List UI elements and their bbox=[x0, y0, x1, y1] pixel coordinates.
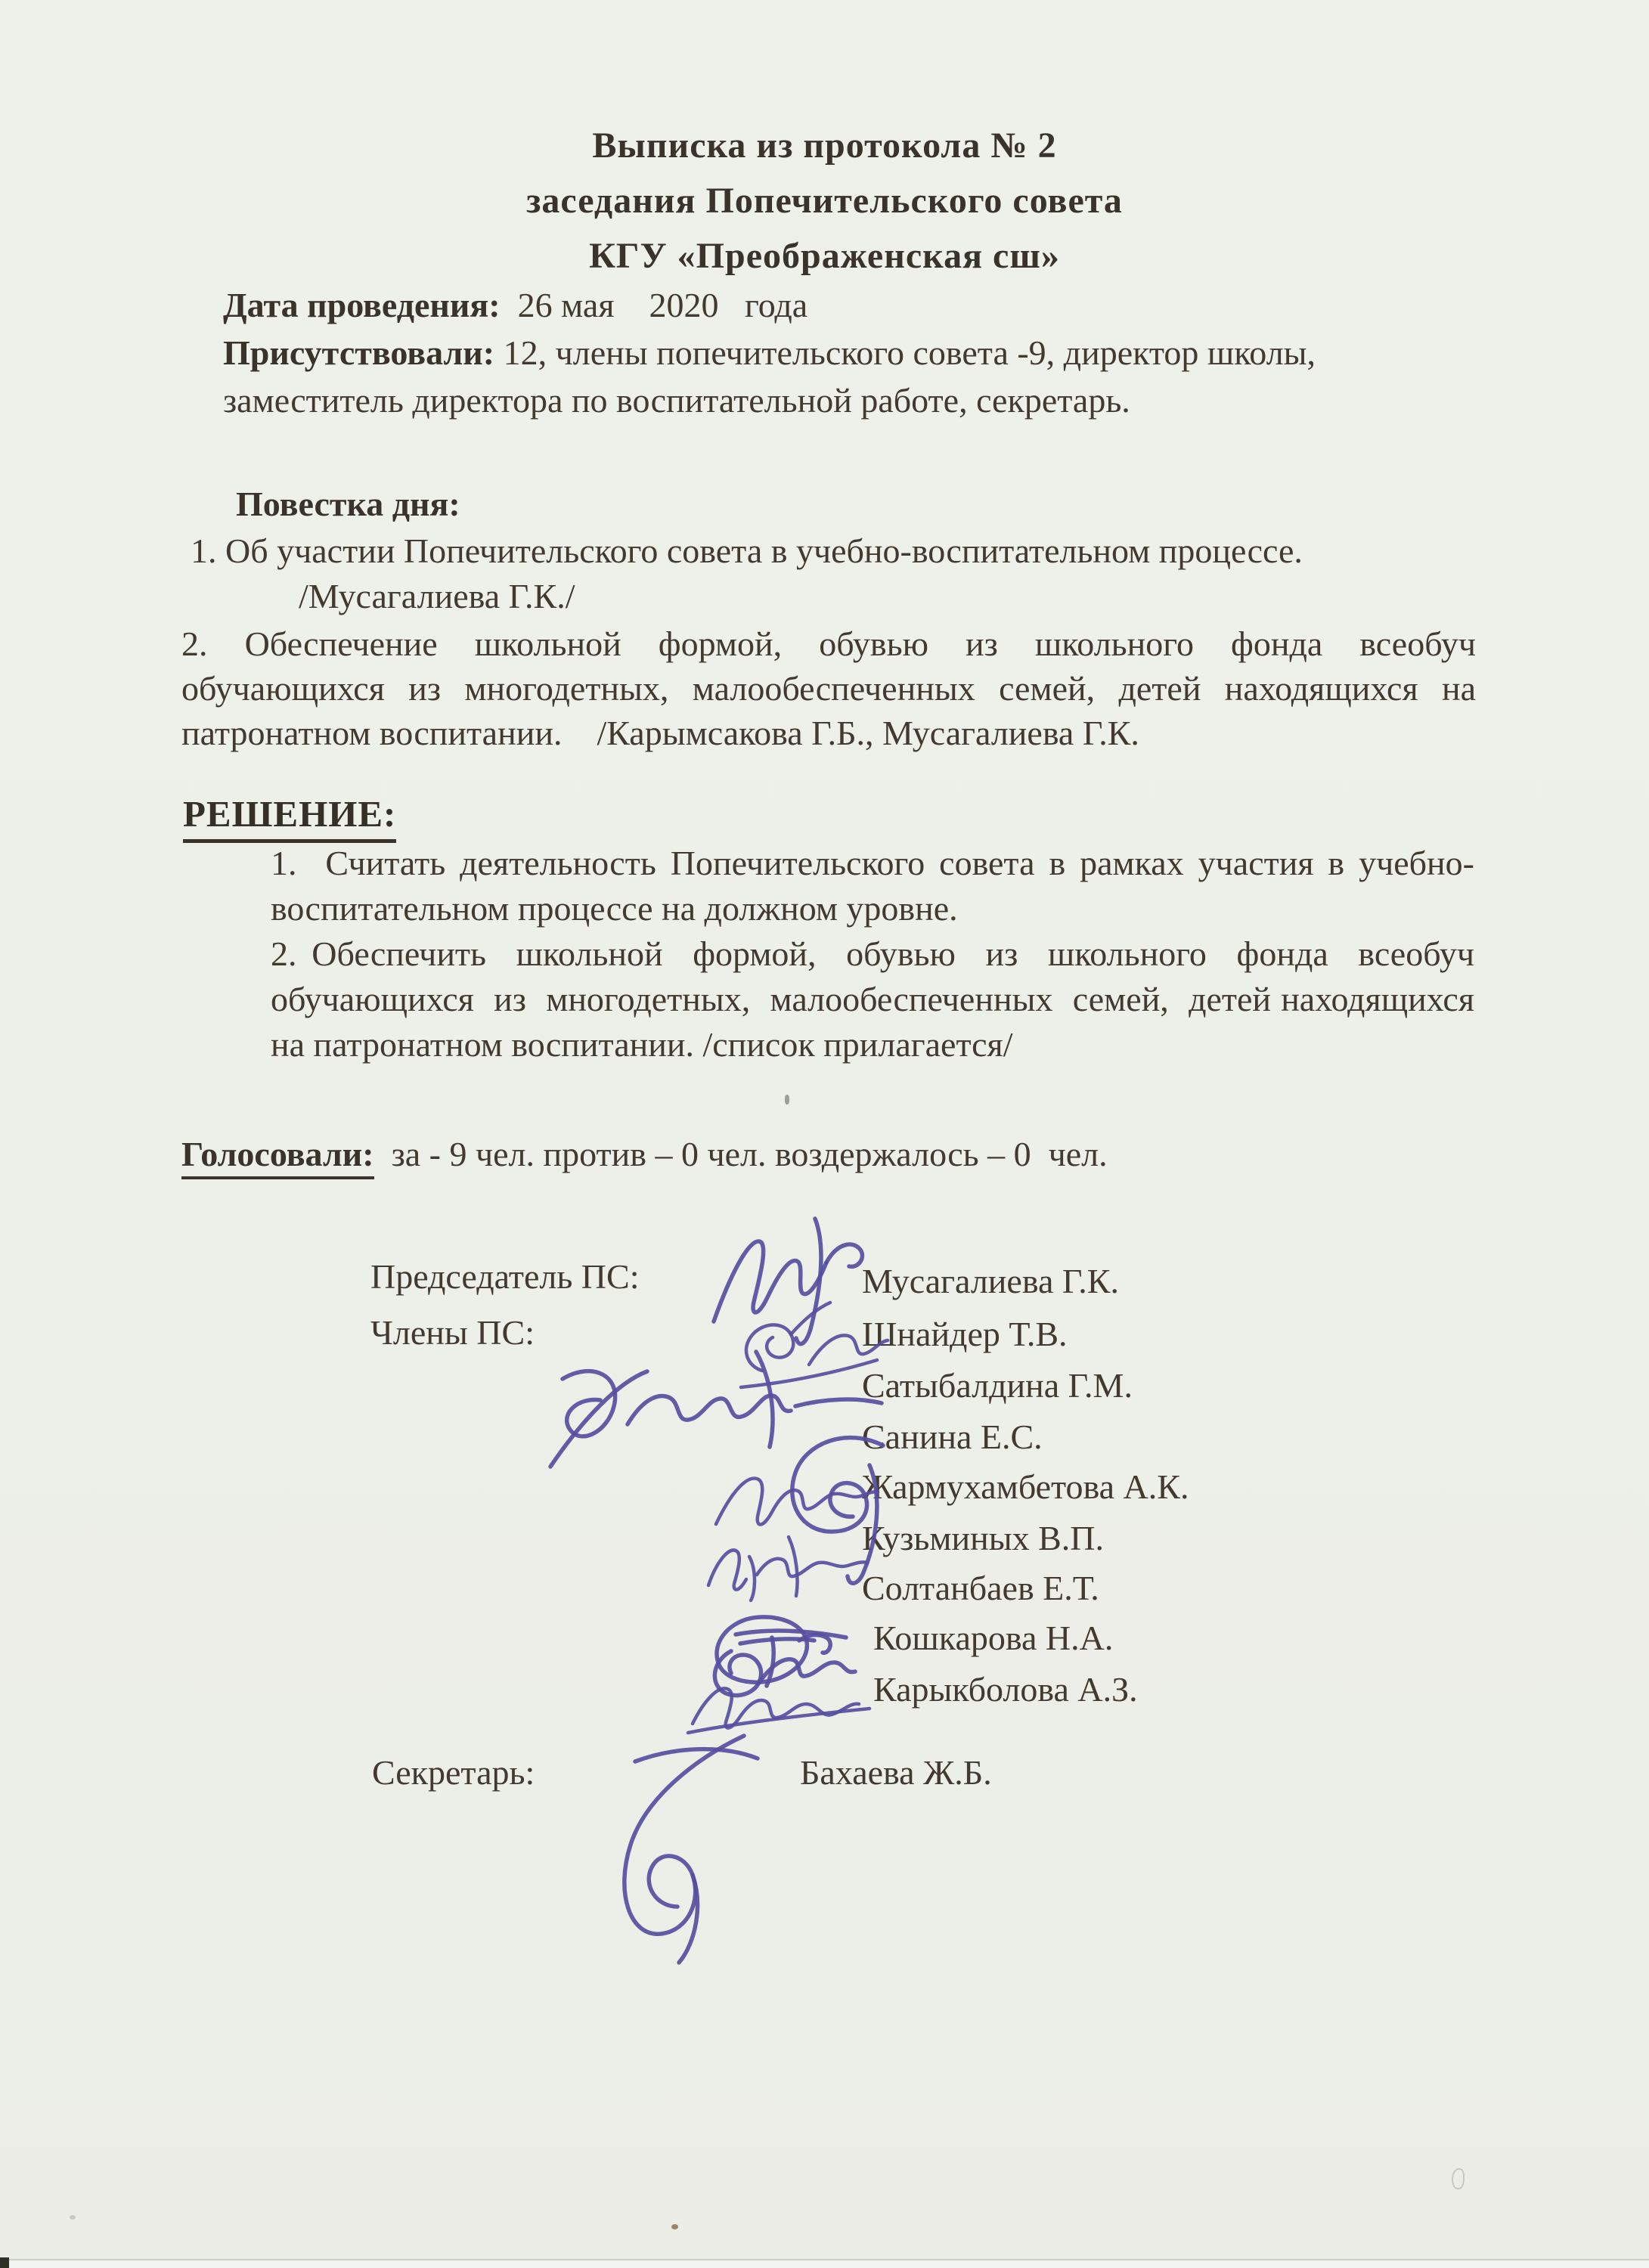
secretary-name: Бахаева Ж.Б. bbox=[800, 1752, 992, 1792]
vote-line: Голосовали: за - 9 чел. против – 0 чел. … bbox=[181, 1134, 1108, 1174]
scan-artifact bbox=[671, 2224, 678, 2229]
decision-heading: РЕШЕНИЕ: bbox=[183, 792, 396, 843]
scan-artifact bbox=[0, 2257, 9, 2268]
scan-artifact bbox=[785, 1095, 789, 1105]
date-line: Дата проведения: 26 мая 2020 года bbox=[223, 281, 1482, 329]
signature-secretary-ink bbox=[582, 1716, 771, 1966]
title-line-1: Выписка из протокола № 2 bbox=[0, 118, 1649, 173]
date-label: Дата проведения: bbox=[223, 286, 501, 324]
title-line-2: заседания Попечительского совета bbox=[0, 173, 1649, 228]
attendees-value: 12, члены попечительского совета -9, дир… bbox=[494, 333, 1316, 372]
member-name: Кошкарова Н.А. bbox=[873, 1618, 1113, 1658]
vote-label: Голосовали: bbox=[181, 1135, 374, 1179]
title-line-3: КГУ «Преображенская сш» bbox=[0, 228, 1649, 283]
meta-block: Дата проведения: 26 мая 2020 года Присут… bbox=[223, 281, 1482, 424]
member-name: Шнайдер Т.В. bbox=[862, 1314, 1068, 1354]
chair-label: Председатель ПС: bbox=[370, 1256, 640, 1297]
attendees-line: Присутствовали: 12, члены попечительског… bbox=[223, 329, 1482, 376]
date-value: 26 мая 2020 года bbox=[501, 286, 808, 324]
attendees-line-2: заместитель директора по воспитательной … bbox=[223, 376, 1482, 424]
scan-artifact bbox=[70, 2215, 76, 2220]
agenda-item-1-ref: /Мусагалиева Г.К./ bbox=[299, 576, 575, 616]
scan-artifact bbox=[0, 2259, 1649, 2260]
decision-item-2: 2. Обеспечить школьной формой, обувью из… bbox=[271, 931, 1474, 1067]
scan-artifact bbox=[0, 2260, 1649, 2268]
vote-value: за - 9 чел. против – 0 чел. воздержалось… bbox=[374, 1135, 1108, 1173]
chair-name: Мусагалиева Г.К. bbox=[862, 1261, 1119, 1301]
scan-artifact bbox=[1452, 2168, 1465, 2189]
agenda-item-2: 2. Обеспечение школьной формой, обувью и… bbox=[181, 621, 1476, 755]
document-header: Выписка из протокола № 2 заседания Попеч… bbox=[0, 118, 1649, 283]
attendees-label: Присутствовали: bbox=[223, 333, 494, 372]
members-label: Члены ПС: bbox=[370, 1312, 535, 1352]
secretary-label: Секретарь: bbox=[372, 1752, 535, 1792]
decision-item-1: 1. Считать деятельность Попечительского … bbox=[271, 841, 1474, 931]
agenda-heading: Повестка дня: bbox=[236, 484, 460, 524]
member-name: Карыкболова А.З. bbox=[873, 1669, 1138, 1709]
scanned-document-page: Выписка из протокола № 2 заседания Попеч… bbox=[0, 0, 1649, 2268]
member-name: Сатыбалдина Г.М. bbox=[862, 1365, 1133, 1405]
agenda-item-1: 1. Об участии Попечительского совета в у… bbox=[191, 531, 1303, 571]
